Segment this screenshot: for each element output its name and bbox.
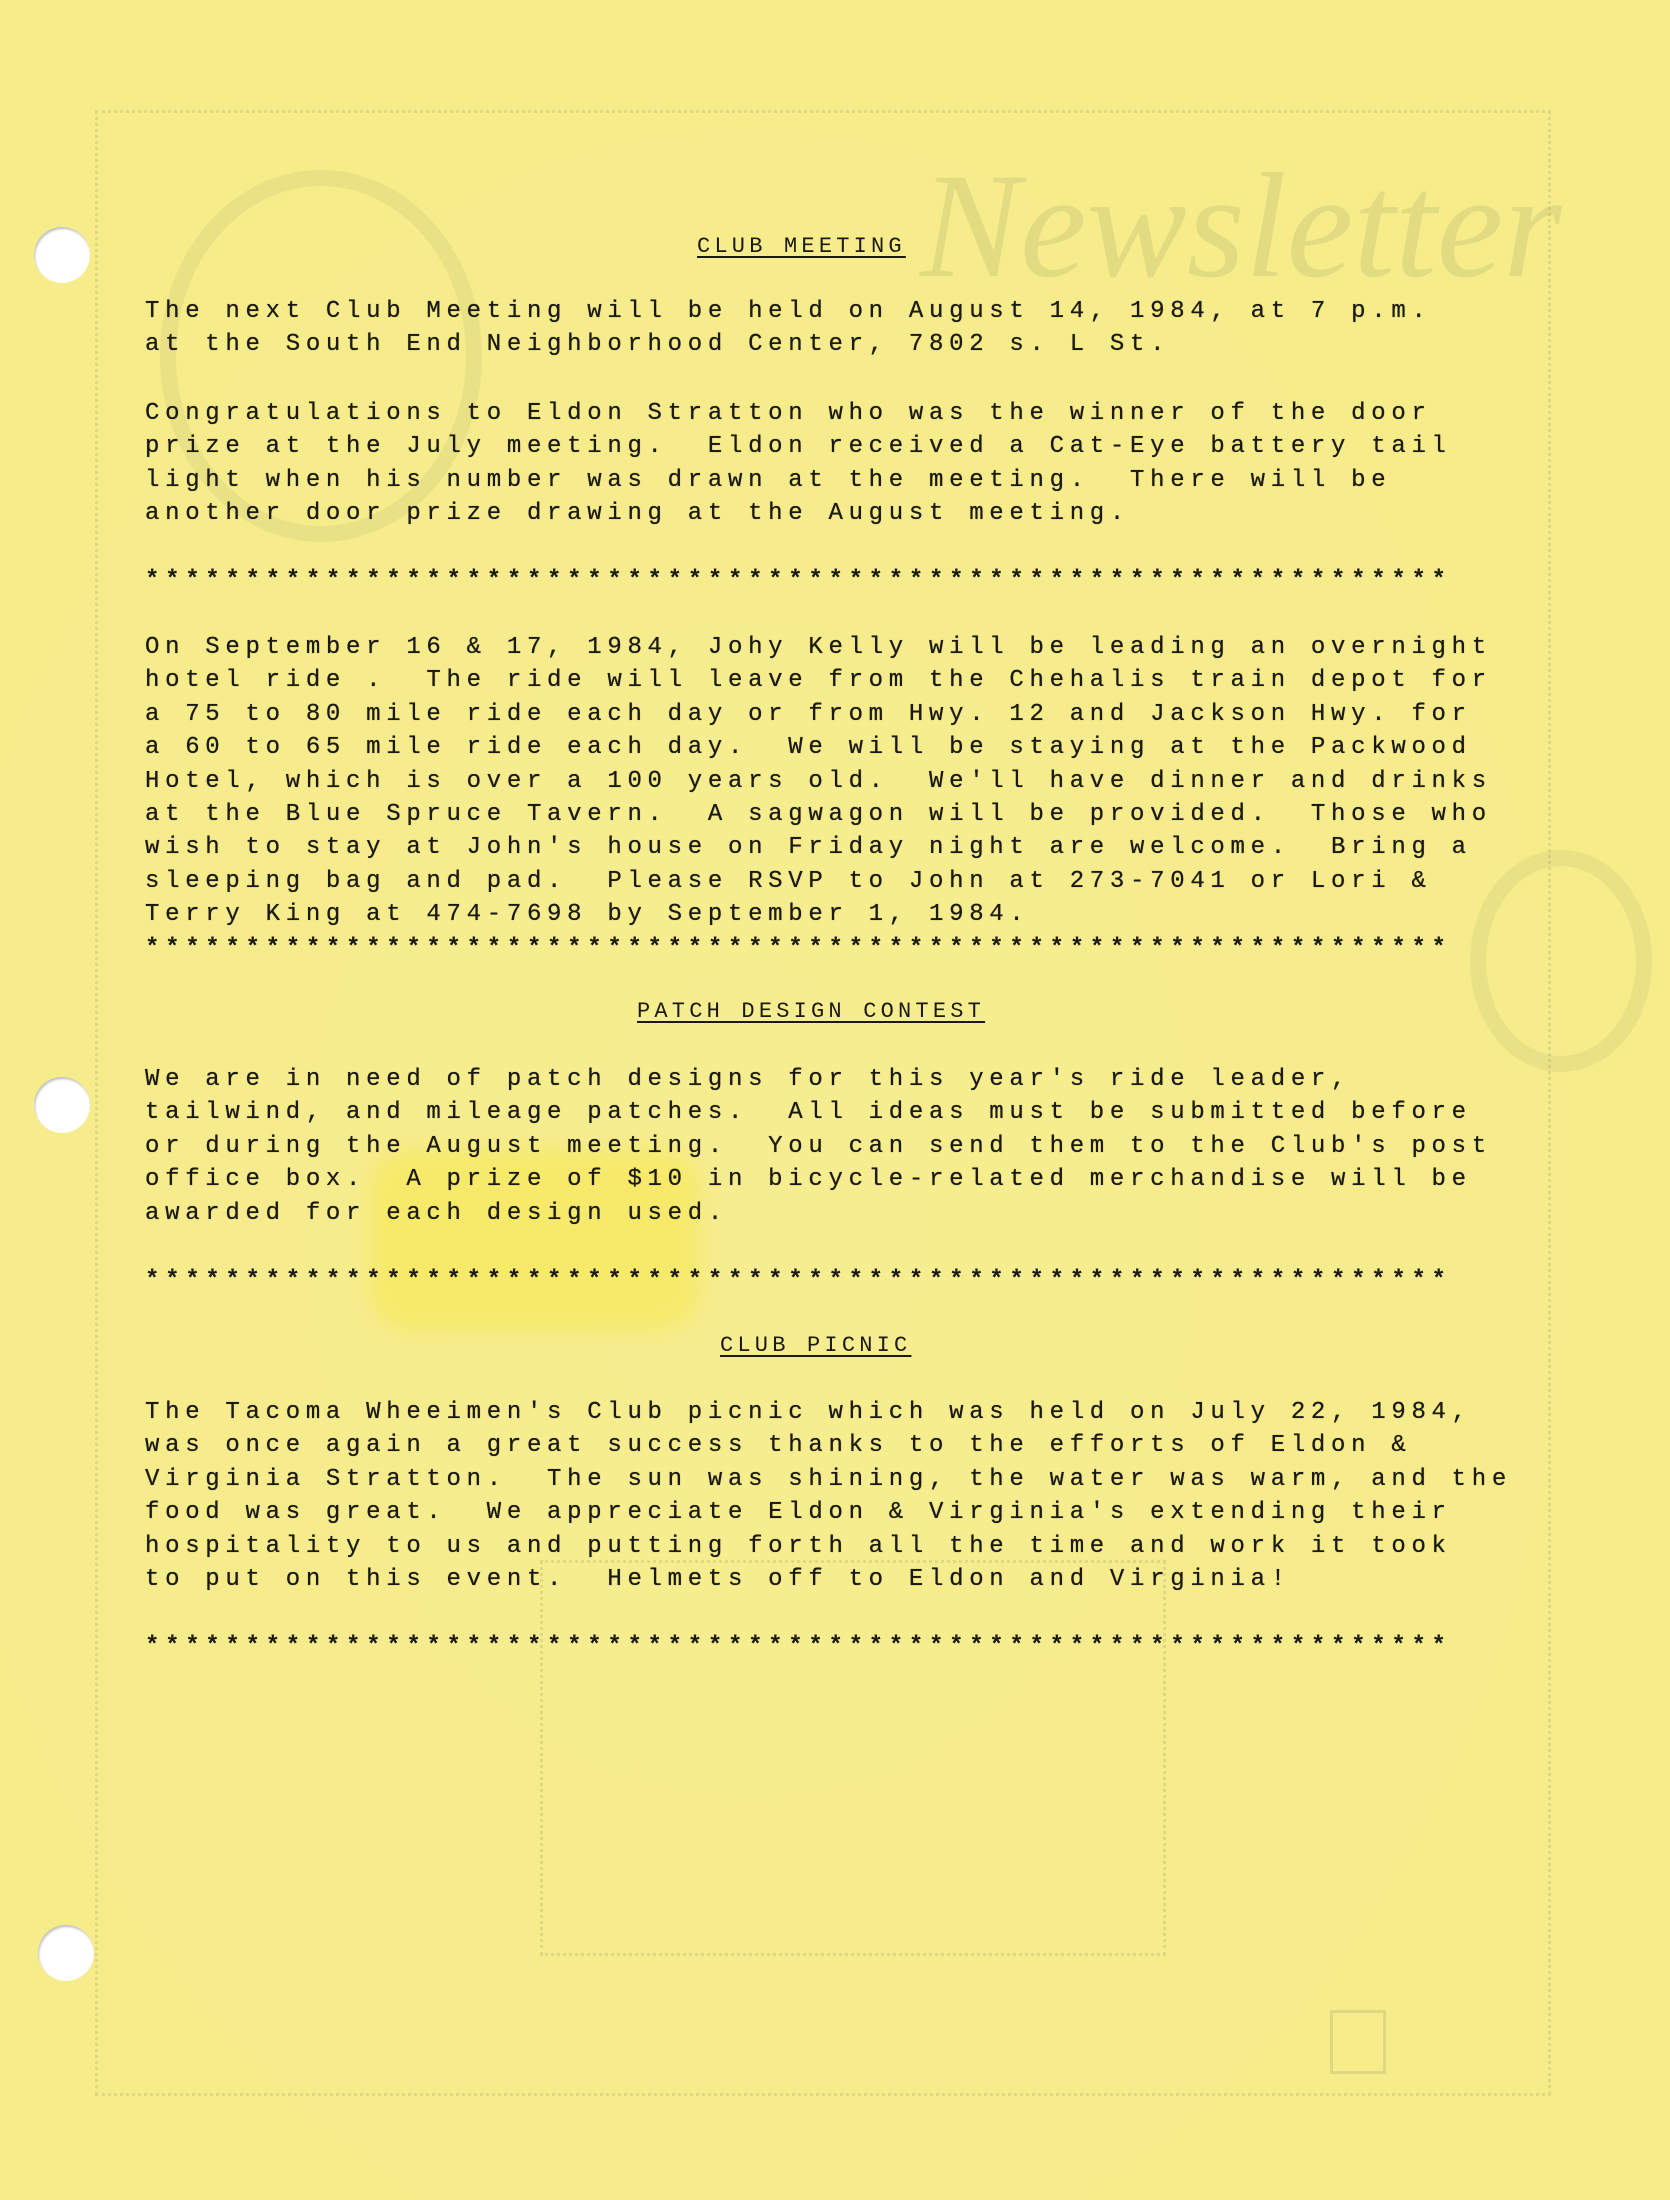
- paragraph-line: to put on this event. Helmets off to Eld…: [145, 1565, 1291, 1595]
- asterisk-separator: ****************************************…: [145, 1632, 1452, 1662]
- paragraph-line: wish to stay at John's house on Friday n…: [145, 833, 1472, 863]
- paragraph-line: another door prize drawing at the August…: [145, 499, 1130, 529]
- section-heading: CLUB MEETING: [697, 233, 906, 261]
- paragraph-line: The Tacoma Wheeimen's Club picnic which …: [145, 1398, 1472, 1428]
- paragraph-line: Hotel, which is over a 100 years old. We…: [145, 767, 1492, 797]
- bleed-through-seal-small: [1470, 850, 1652, 1072]
- paragraph-line: Congratulations to Eldon Stratton who wa…: [145, 399, 1432, 429]
- paragraph-line: hospitality to us and putting forth all …: [145, 1532, 1452, 1562]
- asterisk-separator: ****************************************…: [145, 566, 1452, 596]
- paragraph-line: at the Blue Spruce Tavern. A sagwagon wi…: [145, 800, 1492, 830]
- paragraph-line: or during the August meeting. You can se…: [145, 1132, 1492, 1162]
- paragraph-line: Terry King at 474-7698 by September 1, 1…: [145, 900, 1030, 930]
- punch-hole: [34, 227, 90, 283]
- paragraph-line: hotel ride . The ride will leave from th…: [145, 666, 1492, 696]
- punch-hole: [38, 1925, 94, 1981]
- paragraph-line: sleeping bag and pad. Please RSVP to Joh…: [145, 867, 1432, 897]
- punch-hole: [34, 1077, 90, 1133]
- paragraph-line: awarded for each design used.: [145, 1199, 728, 1229]
- paragraph-line: tailwind, and mileage patches. All ideas…: [145, 1098, 1472, 1128]
- paragraph-line: office box. A prize of $10 in bicycle-re…: [145, 1165, 1472, 1195]
- paragraph-line: light when his number was drawn at the m…: [145, 466, 1391, 496]
- paragraph-line: Virginia Stratton. The sun was shining, …: [145, 1465, 1512, 1495]
- paragraph-line: was once again a great success thanks to…: [145, 1431, 1411, 1461]
- paragraph-line: We are in need of patch designs for this…: [145, 1065, 1351, 1095]
- section-heading: PATCH DESIGN CONTEST: [637, 998, 985, 1026]
- asterisk-separator: ****************************************…: [145, 1266, 1452, 1296]
- paragraph-line: a 60 to 65 mile ride each day. We will b…: [145, 733, 1472, 763]
- paragraph-line: The next Club Meeting will be held on Au…: [145, 297, 1432, 327]
- paragraph-line: at the South End Neighborhood Center, 78…: [145, 330, 1170, 360]
- bleed-through-checkbox: [1330, 2010, 1386, 2074]
- paragraph-line: On September 16 & 17, 1984, Johy Kelly w…: [145, 633, 1492, 663]
- bleed-through-form-box: [540, 1560, 1166, 1956]
- paragraph-line: prize at the July meeting. Eldon receive…: [145, 432, 1452, 462]
- section-heading: CLUB PICNIC: [720, 1332, 911, 1360]
- paragraph-line: a 75 to 80 mile ride each day or from Hw…: [145, 700, 1472, 730]
- paragraph-line: food was great. We appreciate Eldon & Vi…: [145, 1498, 1452, 1528]
- asterisk-separator: ****************************************…: [145, 934, 1452, 964]
